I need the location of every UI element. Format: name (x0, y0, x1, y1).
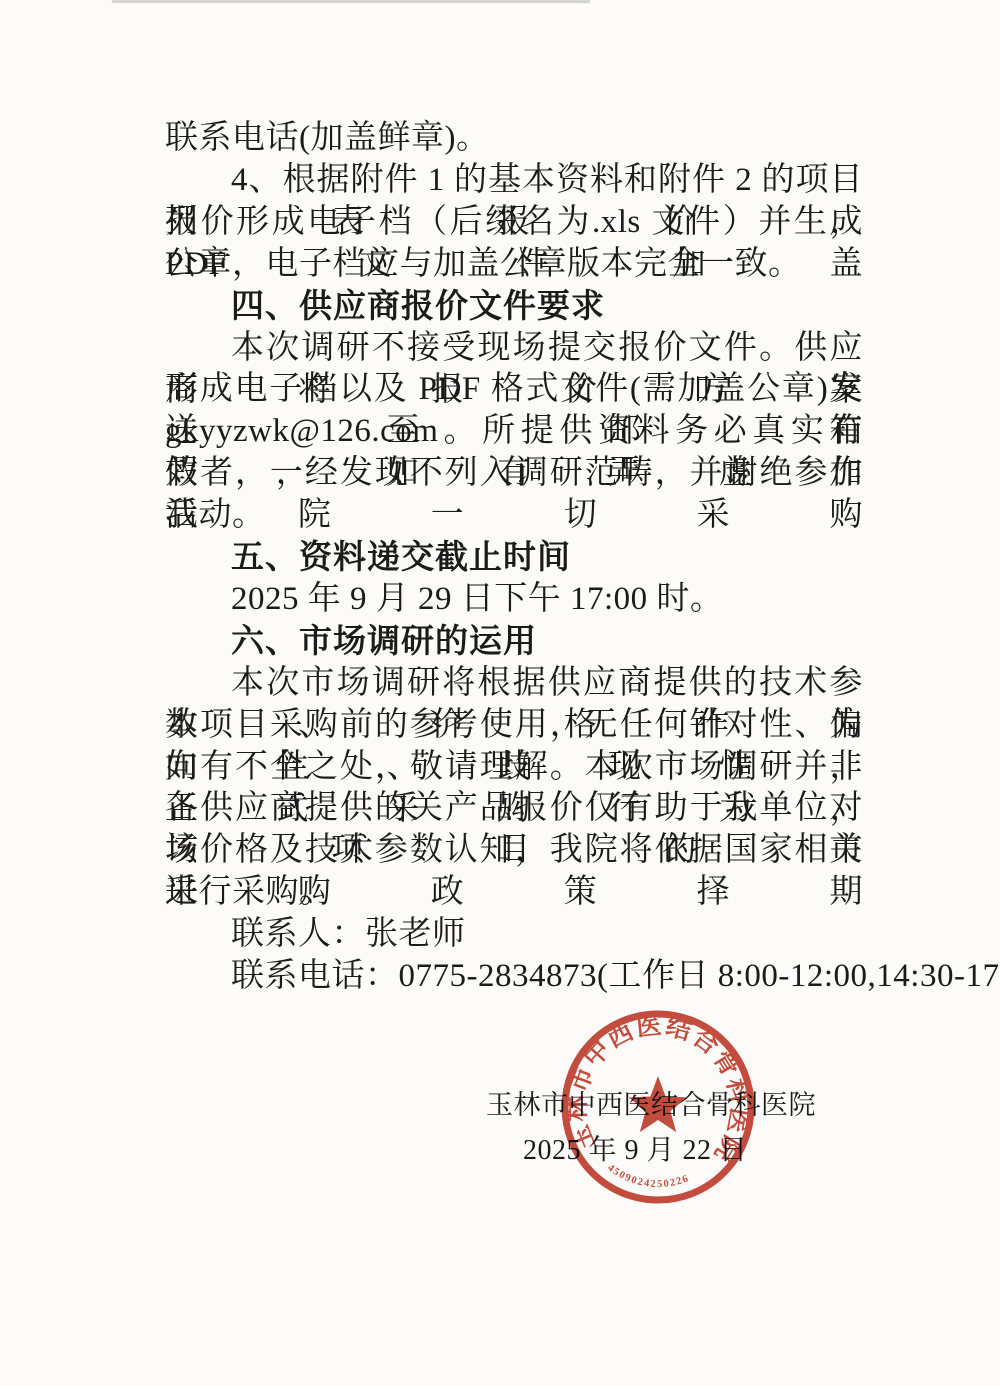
text-line-20: 联系人：张老师 (165, 913, 863, 955)
text-line-12: 2025 年 9 月 29 日下午 17:00 时。 (165, 578, 863, 620)
text-line-19: 进行采购。 (165, 871, 863, 913)
text-line-10: 活动。 (165, 494, 863, 536)
text-line-11: 五、资料递交截止时间 (165, 536, 863, 578)
star-icon (629, 1076, 688, 1132)
document-page: 联系电话(加盖鲜章)。4、根据附件 1 的基本资料和附件 2 的项目列表报价，报… (0, 0, 1000, 1386)
text-line-21: 联系电话：0775-2834873(工作日 8:00-12:00,14:30-1… (165, 955, 863, 997)
text-line-4: 公章，电子档应与加盖公章版本完全一致。 (165, 243, 863, 285)
text-block: 联系电话(加盖鲜章)。4、根据附件 1 的基本资料和附件 2 的项目列表报价，报… (0, 0, 1000, 1386)
official-seal-stamp: 玉林市中西医结合骨科医院 4509024250226 (556, 1005, 760, 1209)
text-line-1: 联系电话(加盖鲜章)。 (165, 117, 863, 159)
stamp-serial: 4509024250226 (605, 1163, 691, 1191)
text-line-5: 四、供应商报价文件要求 (165, 285, 863, 327)
text-line-13: 六、市场调研的运用 (165, 620, 863, 662)
